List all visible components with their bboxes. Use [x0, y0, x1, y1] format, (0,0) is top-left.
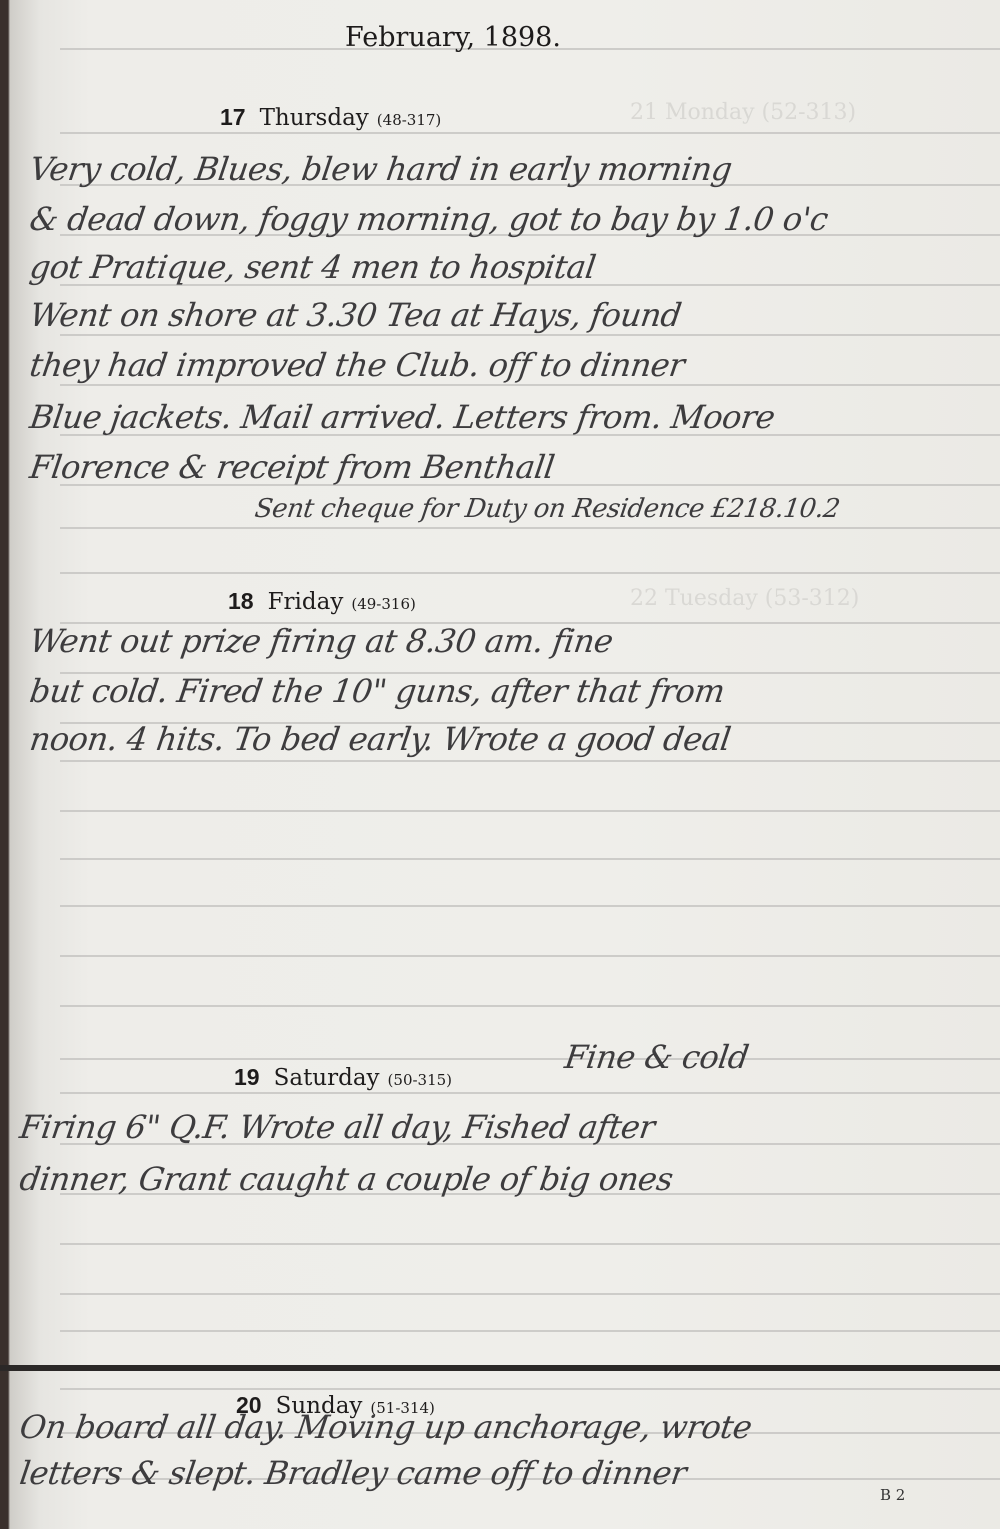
day-count: (49-316) [351, 595, 416, 613]
weekday: Thursday [260, 105, 369, 131]
rule-line [60, 810, 1000, 812]
handwritten-line: Firing 6" Q.F. Wrote all day, Fished aft… [17, 1108, 657, 1146]
rule-line [60, 760, 1000, 762]
day-heading: 17Thursday(48-317) [220, 104, 441, 131]
rule-line [60, 384, 1000, 386]
rule-line [60, 1092, 1000, 1094]
handwritten-line: letters & slept. Bradley came off to din… [17, 1454, 688, 1492]
show-through-text: 22 Tuesday (53-312) [630, 586, 859, 611]
week-divider-rule [0, 1365, 1000, 1371]
folio-mark: B 2 [880, 1486, 905, 1504]
handwritten-line: dinner, Grant caught a couple of big one… [17, 1160, 675, 1198]
rule-line [60, 1293, 1000, 1295]
day-number: 18 [228, 588, 254, 614]
handwritten-line: noon. 4 hits. To bed early. Wrote a good… [27, 720, 733, 758]
day-number: 19 [234, 1064, 260, 1090]
handwritten-line: Went out prize firing at 8.30 am. fine [27, 622, 615, 660]
handwritten-line: Blue jackets. Mail arrived. Letters from… [27, 398, 777, 436]
rule-line [60, 1388, 1000, 1390]
day-number: 17 [220, 104, 246, 130]
rule-line [60, 905, 1000, 907]
rule-line [60, 334, 1000, 336]
handwritten-line: & dead down, foggy morning, got to bay b… [27, 200, 830, 238]
rule-line [60, 955, 1000, 957]
weekday: Saturday [274, 1065, 380, 1091]
show-through-text: 21 Monday (52-313) [630, 100, 856, 125]
page-title: February, 1898. [345, 22, 561, 53]
handwritten-line: got Pratique, sent 4 men to hospital [27, 248, 598, 286]
day-heading: 18Friday(49-316) [228, 588, 416, 615]
day-heading: 19Saturday(50-315) [234, 1064, 452, 1091]
handwritten-line: On board all day. Moving up anchorage, w… [17, 1408, 754, 1446]
day-count: (50-315) [388, 1071, 453, 1089]
rule-line [60, 1058, 1000, 1060]
handwritten-line: Sent cheque for Duty on Residence £218.1… [253, 494, 842, 524]
rule-line [60, 572, 1000, 574]
weather-note: Fine & cold [562, 1038, 751, 1076]
weekday: Friday [268, 589, 344, 615]
rule-line [60, 1005, 1000, 1007]
rule-line [60, 1330, 1000, 1332]
handwritten-line: Very cold, Blues, blew hard in early mor… [27, 150, 734, 188]
rule-line [60, 1243, 1000, 1245]
rule-line [60, 132, 1000, 134]
rule-line [60, 858, 1000, 860]
rule-line [60, 527, 1000, 529]
day-count: (48-317) [377, 111, 442, 129]
handwritten-line: but cold. Fired the 10" guns, after that… [27, 672, 727, 710]
handwritten-line: Went on shore at 3.30 Tea at Hays, found [27, 296, 683, 334]
handwritten-line: they had improved the Club. off to dinne… [27, 346, 686, 384]
diary-page: 21 Monday (52-313) 22 Tuesday (53-312) F… [0, 0, 1000, 1529]
handwritten-line: Florence & receipt from Benthall [27, 448, 556, 486]
